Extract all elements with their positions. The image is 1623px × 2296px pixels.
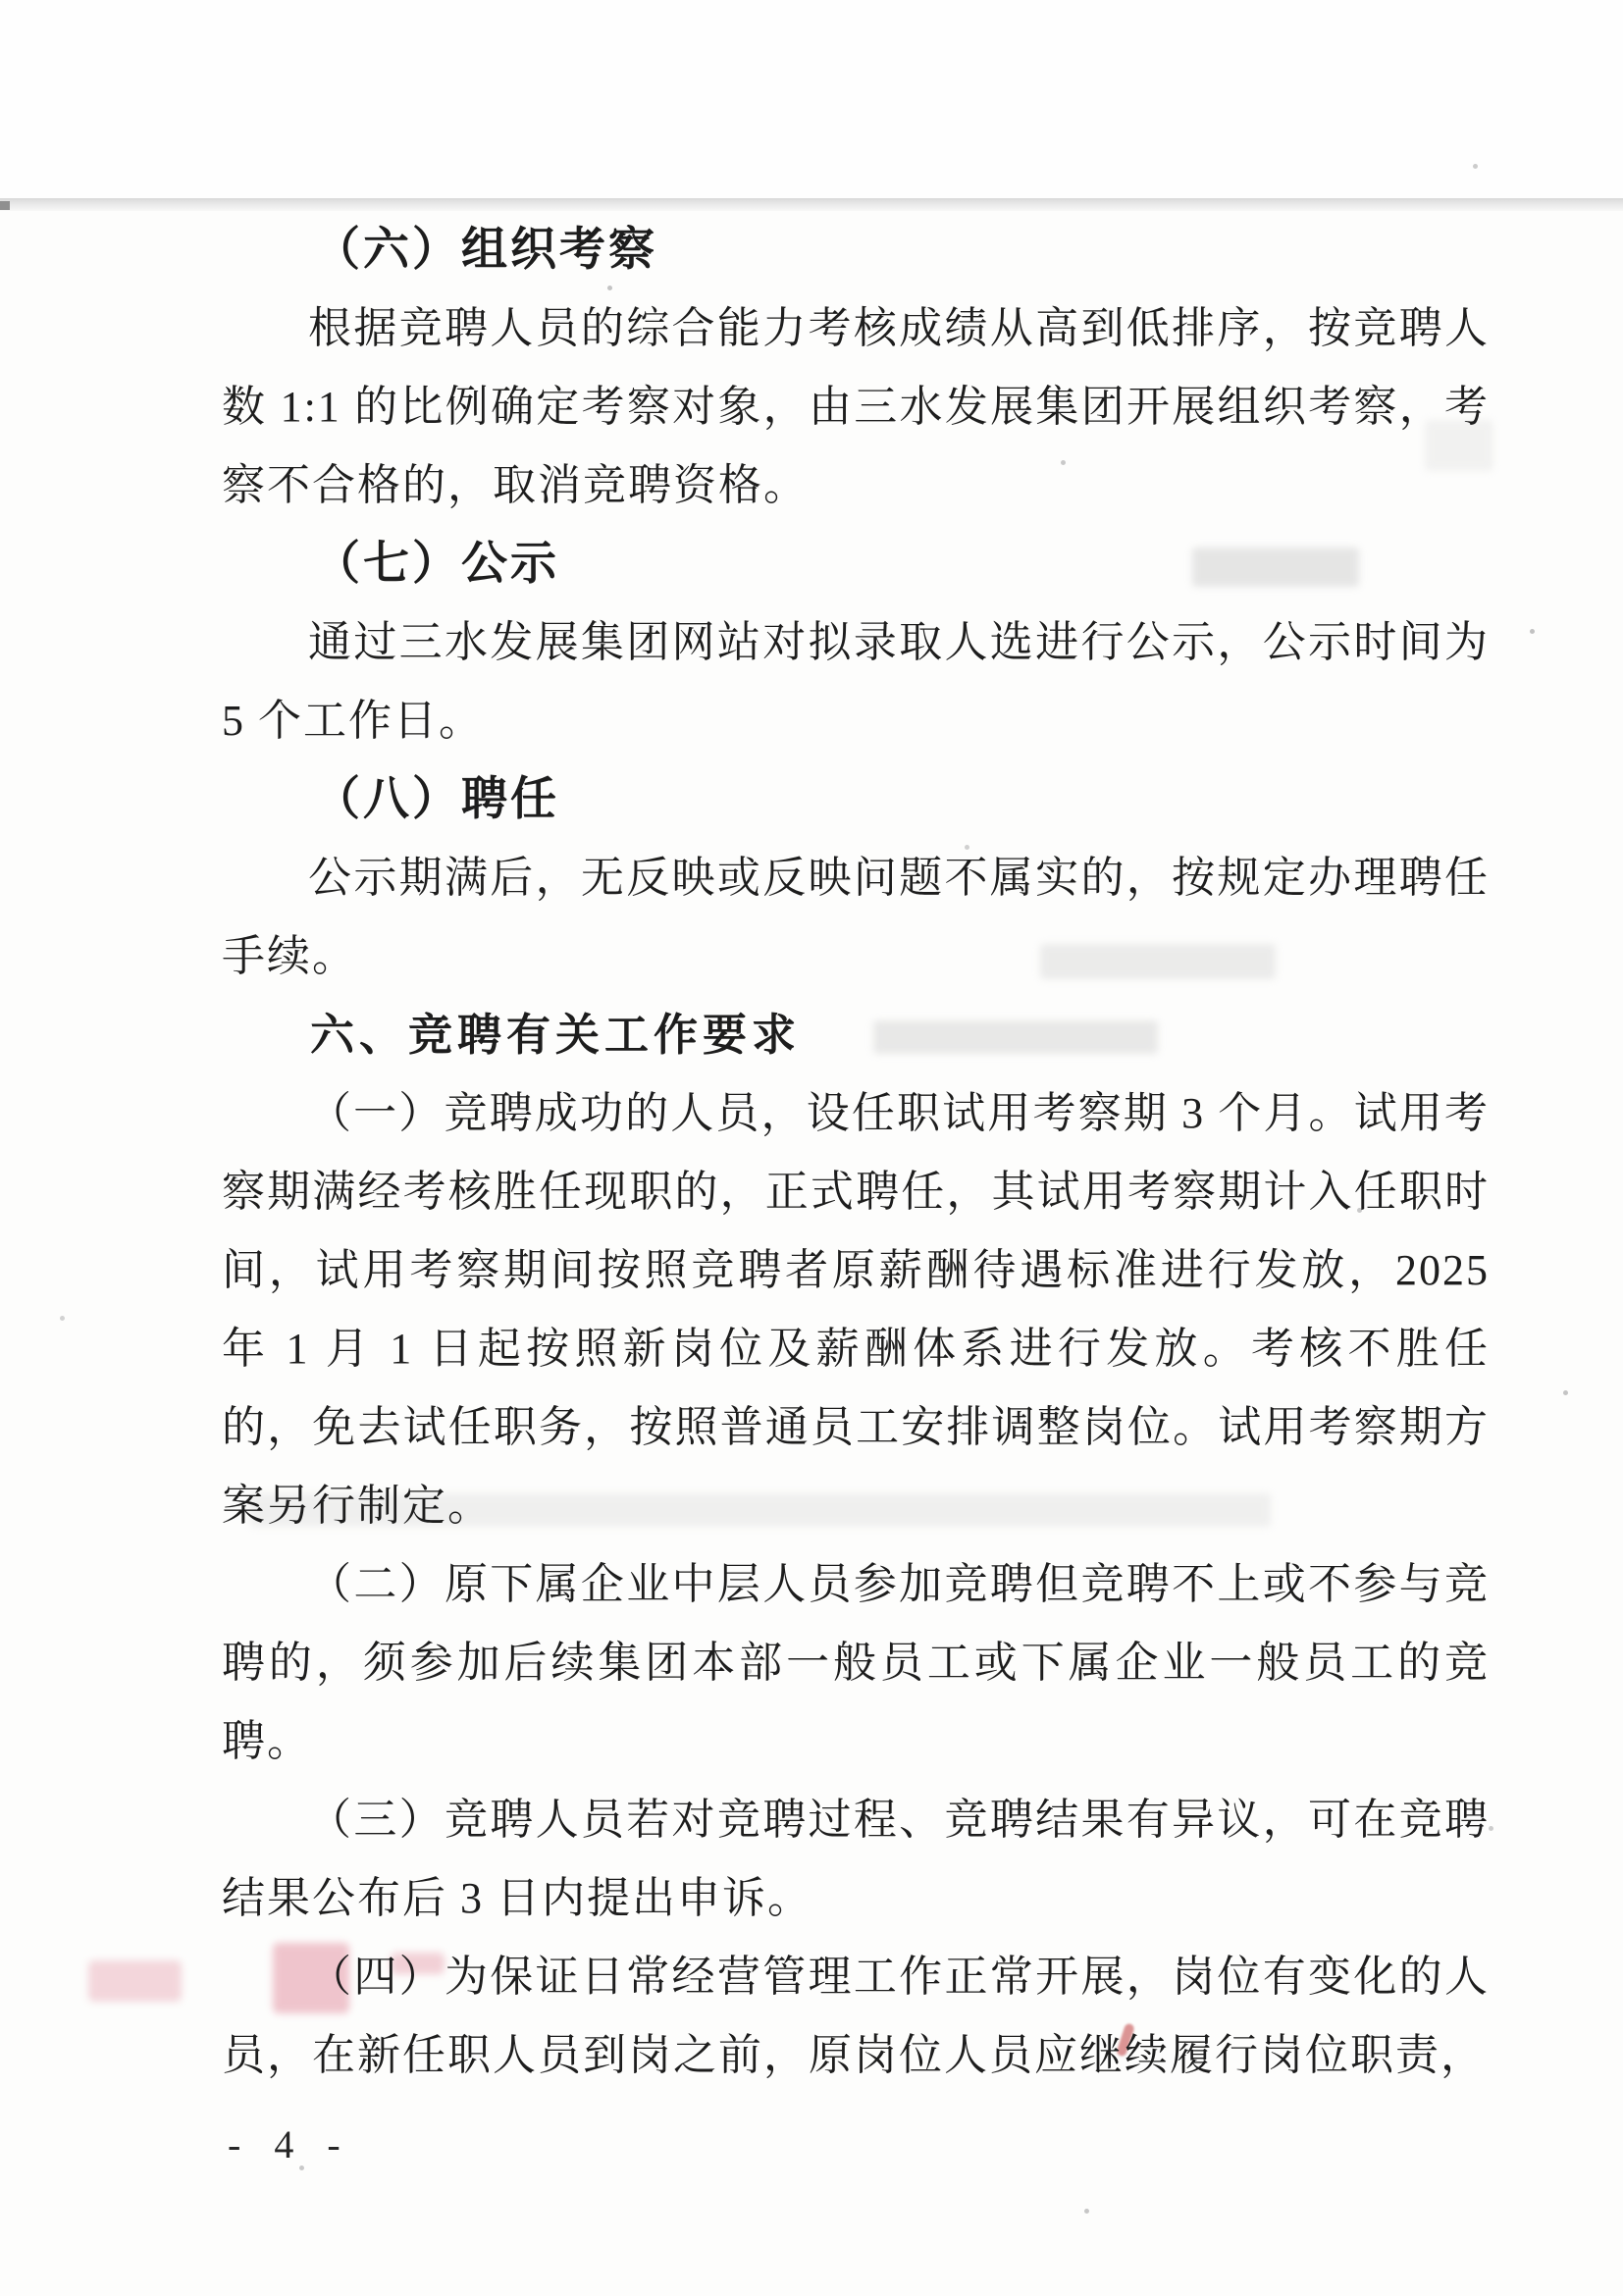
scanner-dust	[0, 0, 3, 3]
document-page: （六）组织考察 根据竞聘人员的综合能力考核成绩从高到低排序，按竞聘人数 1:1 …	[0, 0, 1623, 2296]
faded-stamp-mark	[88, 1960, 182, 2002]
section-heading-six: 六、竞聘有关工作要求	[222, 996, 1490, 1074]
document-body: （六）组织考察 根据竞聘人员的综合能力考核成绩从高到低排序，按竞聘人数 1:1 …	[222, 211, 1490, 2095]
paragraph: 根据竞聘人员的综合能力考核成绩从高到低排序，按竞聘人数 1:1 的比例确定考察对…	[222, 289, 1490, 525]
clause-heading-6: （六）组织考察	[222, 211, 1490, 289]
scan-edge-mark	[0, 201, 10, 210]
page-number: - 4 -	[228, 2121, 352, 2167]
paragraph: （三）竞聘人员若对竞聘过程、竞聘结果有异议，可在竞聘结果公布后 3 日内提出申诉…	[222, 1781, 1490, 1938]
paragraph: 通过三水发展集团网站对拟录取人选进行公示，公示时间为 5 个工作日。	[222, 603, 1490, 760]
paragraph: （四）为保证日常经营管理工作正常开展，岗位有变化的人员，在新任职人员到岗之前，原…	[222, 1938, 1490, 2095]
clause-heading-8: （八）聘任	[222, 760, 1490, 839]
paragraph: （一）竞聘成功的人员，设任职试用考察期 3 个月。试用考察期满经考核胜任现职的，…	[222, 1074, 1490, 1545]
scan-seam-line	[0, 198, 1623, 211]
paragraph: （二）原下属企业中层人员参加竞聘但竞聘不上或不参与竞聘的，须参加后续集团本部一般…	[222, 1545, 1490, 1781]
scan-top-margin	[0, 0, 1623, 198]
clause-heading-7: （七）公示	[222, 525, 1490, 603]
paragraph: 公示期满后，无反映或反映问题不属实的，按规定办理聘任手续。	[222, 839, 1490, 996]
